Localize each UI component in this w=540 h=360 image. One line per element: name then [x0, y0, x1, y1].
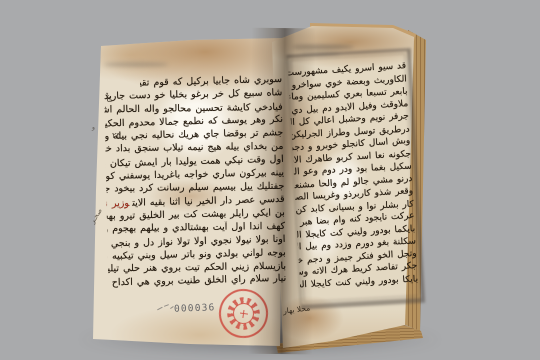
ink-smudge	[104, 62, 168, 67]
manuscript-photo: سوبري شاه جابيا بركيل كه قوم تقيس سنن خا…	[0, 0, 540, 360]
seal-center-emblem	[239, 309, 248, 318]
red-rubric: وزير نستعي	[106, 197, 132, 209]
accession-number-stamp: 000036	[174, 302, 216, 314]
gutter-shadow	[248, 28, 315, 355]
marginal-folio-number: ٢٣	[112, 131, 121, 140]
marginal-mark: و	[92, 124, 95, 131]
